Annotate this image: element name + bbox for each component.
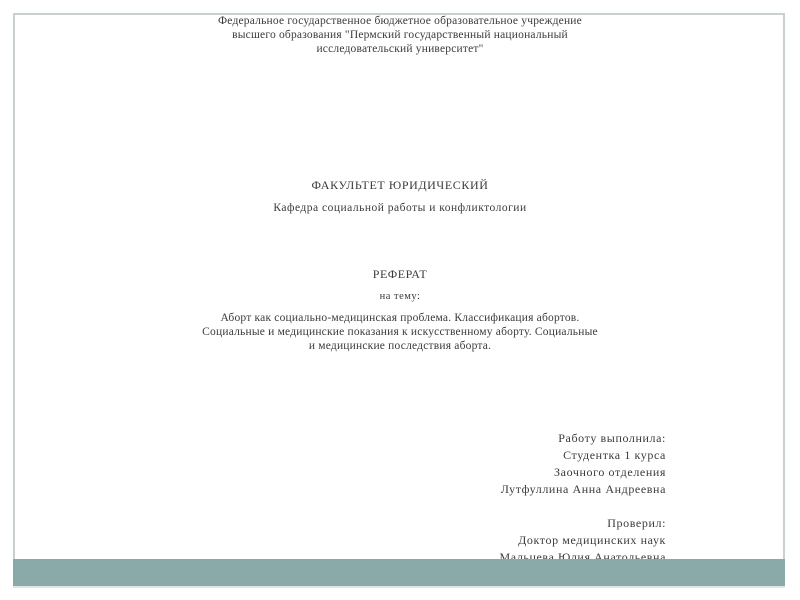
author-line-2: Студентка 1 курса	[501, 447, 666, 464]
author-line-4: Лутфуллина Анна Андреевна	[501, 481, 666, 498]
slide-content: Федеральное государственное бюджетное об…	[0, 0, 800, 559]
topic-line-2: Социальные и медицинские показания к иск…	[0, 325, 800, 339]
department-name: Кафедра социальной работы и конфликтолог…	[0, 201, 800, 215]
institution-line-2: высшего образования "Пермский государств…	[0, 28, 800, 42]
reviewer-line-3: Мальцева Юлия Анатольевна	[500, 549, 666, 559]
institution-line-3: исследовательский университет"	[0, 42, 800, 56]
reviewer-line-1: Проверил:	[500, 515, 666, 532]
author-line-1: Работу выполнила:	[501, 430, 666, 447]
institution-line-1: Федеральное государственное бюджетное об…	[0, 14, 800, 28]
footer-accent-bar	[13, 559, 785, 588]
document-type: РЕФЕРАТ	[0, 267, 800, 281]
topic-label: на тему:	[0, 290, 800, 304]
author-block: Работу выполнила: Студентка 1 курса Заоч…	[501, 430, 666, 498]
faculty-title: ФАКУЛЬТЕТ ЮРИДИЧЕСКИЙ	[0, 178, 800, 192]
topic-text: Аборт как социально-медицинская проблема…	[0, 311, 800, 353]
reviewer-line-2: Доктор медицинских наук	[500, 532, 666, 549]
reviewer-block: Проверил: Доктор медицинских наук Мальце…	[500, 515, 666, 559]
topic-line-3: и медицинские последствия аборта.	[0, 339, 800, 353]
topic-line-1: Аборт как социально-медицинская проблема…	[0, 311, 800, 325]
institution-header: Федеральное государственное бюджетное об…	[0, 14, 800, 56]
author-line-3: Заочного отделения	[501, 464, 666, 481]
